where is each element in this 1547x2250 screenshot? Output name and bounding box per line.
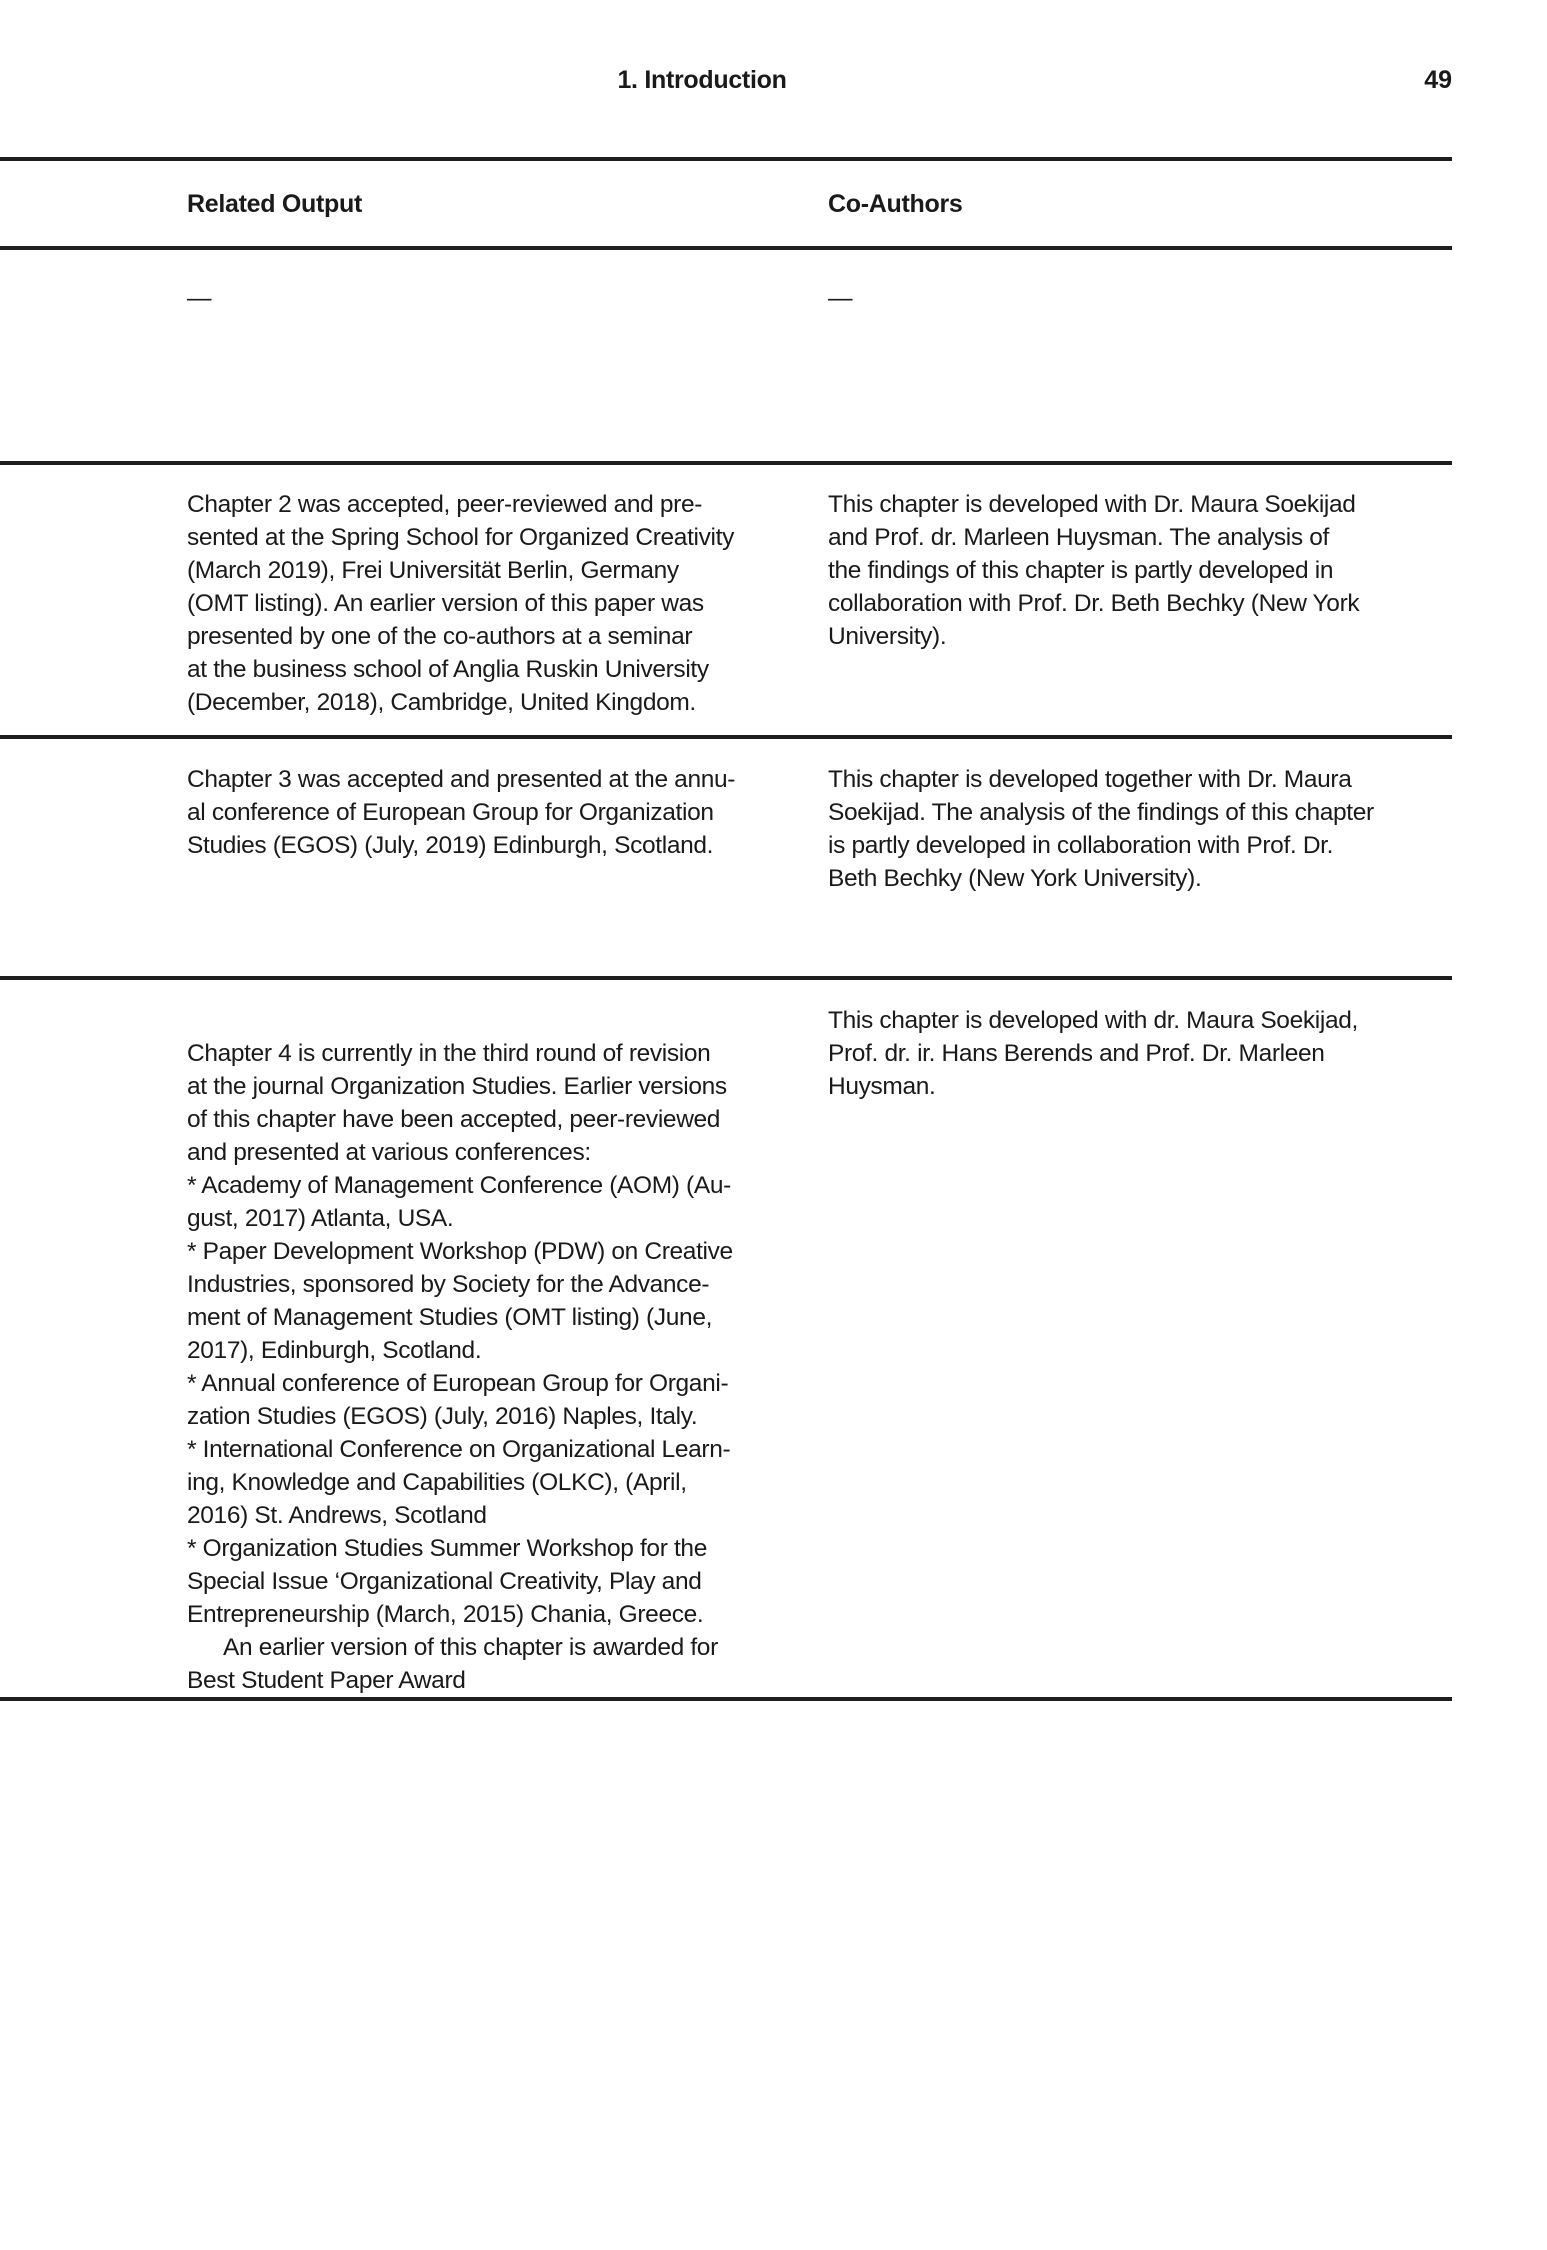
running-head: 1. Introduction 49 [0,66,1452,106]
related-output-text: Chapter 4 is currently in the third roun… [187,1040,733,1628]
row-divider [0,976,1452,980]
header-co-authors: Co-Authors [828,190,962,219]
chapter-title: 1. Introduction [0,66,1404,95]
row-divider [0,461,1452,465]
table-top-rule [0,157,1452,161]
related-output-cell: — [187,282,807,315]
award-note-text: An earlier version of this chapter is aw… [187,1634,718,1694]
co-authors-cell: This chapter is developed with dr. Maura… [828,1004,1450,1103]
co-authors-cell: — [828,282,1450,315]
header-related-output: Related Output [187,190,362,219]
page-number: 49 [1424,66,1452,95]
award-note: An earlier version of this chapter is aw… [187,1631,807,1697]
table-bottom-rule [0,1697,1452,1701]
header-bottom-rule [0,246,1452,250]
related-output-cell: Chapter 2 was accepted, peer-reviewed an… [187,488,807,719]
related-output-cell: Chapter 3 was accepted and presented at … [187,763,807,862]
co-authors-cell: This chapter is developed with Dr. Maura… [828,488,1450,653]
co-authors-cell: This chapter is developed together with … [828,763,1450,895]
row-divider [0,735,1452,739]
related-output-cell: Chapter 4 is currently in the third roun… [187,1004,807,1730]
